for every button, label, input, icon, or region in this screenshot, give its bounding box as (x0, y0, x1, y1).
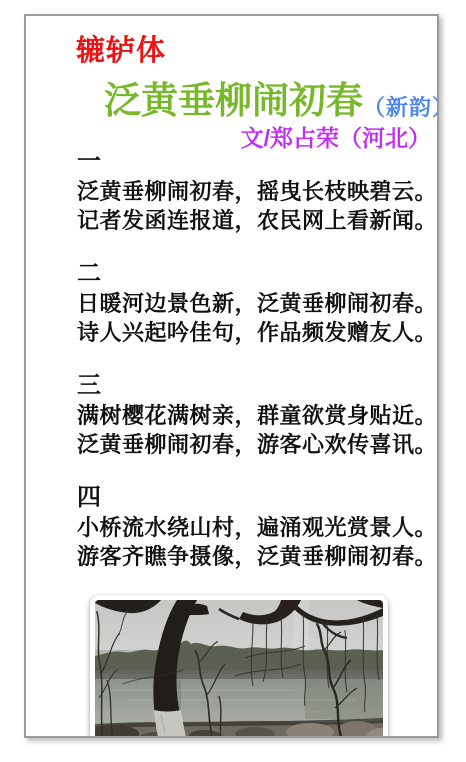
photo-frame (90, 595, 388, 738)
stanza-4: 四 小桥流水绕山村，遍涌观光赏景人。 游客齐瞧争摄像，泛黄垂柳闹初春。 (77, 483, 437, 571)
stanza-number: 二 (77, 259, 437, 289)
stanza-line: 诗人兴起吟佳句，作品频发赠友人。 (77, 318, 437, 347)
stanza-number: 一 (77, 147, 437, 177)
rhyme-note: （新韵） (363, 95, 439, 120)
stanza-line: 游客齐瞧争摄像，泛黄垂柳闹初春。 (77, 542, 437, 571)
stanza-line: 小桥流水绕山村，遍涌观光赏景人。 (77, 513, 437, 542)
stanza-list: 一 泛黄垂柳闹初春，摇曳长枝映碧云。 记者发函连报道，农民网上看新闻。 二 日暖… (77, 147, 437, 571)
stanza-number: 三 (77, 371, 437, 401)
stanza-line: 泛黄垂柳闹初春，摇曳长枝映碧云。 (77, 177, 437, 206)
lake-photo-image (95, 600, 383, 738)
stanza-line: 记者发函连报道，农民网上看新闻。 (77, 206, 437, 235)
stanza-1: 一 泛黄垂柳闹初春，摇曳长枝映碧云。 记者发函连报道，农民网上看新闻。 (77, 147, 437, 235)
stanza-line: 满树樱花满树亲，群童欲赏身贴近。 (77, 401, 437, 430)
stanza-2: 二 日暖河边景色新，泛黄垂柳闹初春。 诗人兴起吟佳句，作品频发赠友人。 (77, 259, 437, 347)
title-row: 泛黄垂柳闹初春（新韵） (104, 82, 437, 121)
stanza-number: 四 (77, 483, 437, 513)
stanza-line: 日暖河边景色新，泛黄垂柳闹初春。 (77, 289, 437, 318)
poem-form-label: 辘轳体 (76, 36, 437, 68)
stanza-line: 泛黄垂柳闹初春，游客心欢传喜讯。 (77, 430, 437, 459)
stanza-3: 三 满树樱花满树亲，群童欲赏身贴近。 泛黄垂柳闹初春，游客心欢传喜讯。 (77, 371, 437, 459)
poem-title: 泛黄垂柳闹初春 (104, 80, 363, 121)
poem-card: 辘轳体 泛黄垂柳闹初春（新韵） 文/郑占荣（河北） 一 泛黄垂柳闹初春，摇曳长枝… (24, 14, 439, 738)
